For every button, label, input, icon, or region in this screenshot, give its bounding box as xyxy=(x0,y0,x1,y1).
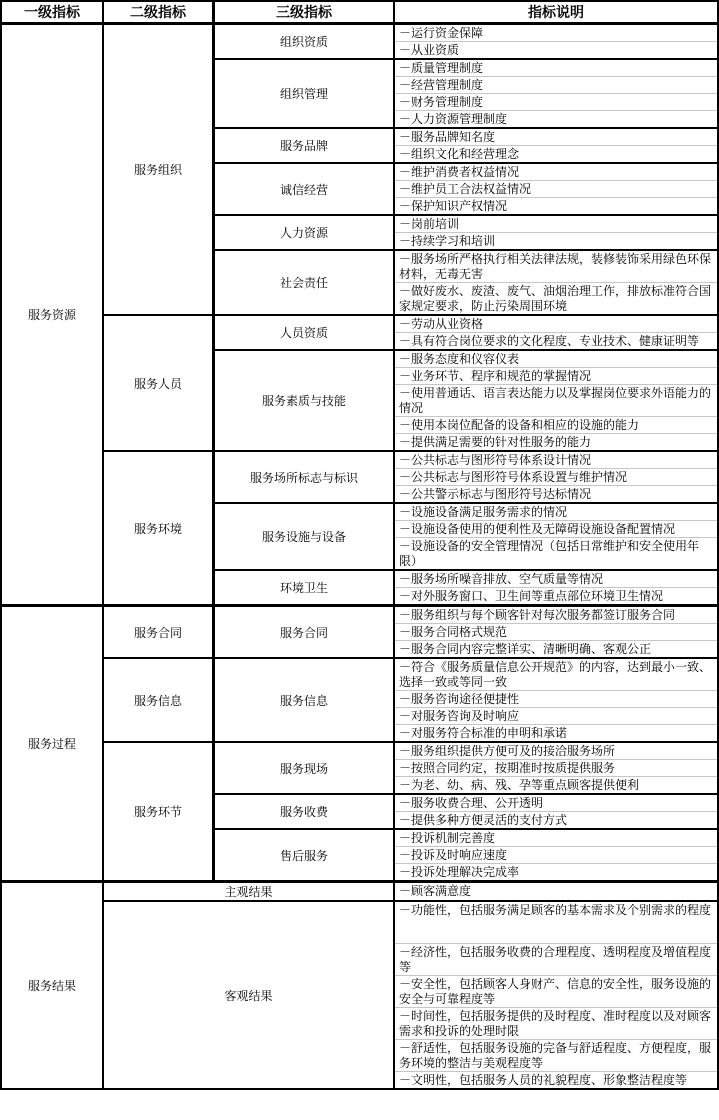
desc-item: －经营管理制度 xyxy=(395,77,717,94)
desc-item: －对服务符合标准的申明和承诺 xyxy=(395,725,717,741)
desc-item: －功能性，包括服务满足顾客的基本需求及个别需求的程度 xyxy=(395,902,717,944)
group-service-information: 服务信息 服务信息 －符合《服务质量信息公开规范》的内容，达到最小一致、选择一致… xyxy=(104,659,717,743)
row-after-sales-service: 售后服务 －投诉机制完善度 －投诉及时响应速度 －投诉处理解决完成率 xyxy=(215,830,717,880)
group-subjective-results: 主观结果 －顾客满意度 xyxy=(104,883,717,902)
desc-item: －设施设备满足服务需求的情况 xyxy=(395,504,717,521)
row-personnel-qualification: 人员资质 －劳动从业资格 －具有符合岗位要求的文化程度、专业技术、健康证明等 xyxy=(215,316,717,351)
desc-item: －服务合同格式规范 xyxy=(395,624,717,641)
level3-cell: 组织管理 xyxy=(215,60,395,127)
level2-cell: 服务信息 xyxy=(104,659,215,741)
desc-item: －服务组织与每个顾客针对每次服务都签订服务合同 xyxy=(395,607,717,624)
row-service-information: 服务信息 －符合《服务质量信息公开规范》的内容，达到最小一致、选择一致或等同一致… xyxy=(215,659,717,741)
level3-cell: 服务场所标志与标识 xyxy=(215,452,395,502)
desc-item: －为老、幼、病、残、孕等重点顾客提供便利 xyxy=(395,777,717,793)
group-service-organization: 服务组织 组织资质 －运行资金保障 －从业资质 组织管理 －质量管理制度 －经 xyxy=(104,25,717,316)
row-environmental-hygiene: 环境卫生 －服务场所噪音排放、空气质量等情况 －对外服务窗口、卫生间等重点部位环… xyxy=(215,571,717,604)
desc-item: －对服务咨询及时响应 xyxy=(395,708,717,725)
desc-item: －公共标志与图形符号体系设置与维护情况 xyxy=(395,469,717,486)
indicator-table: 一级指标 二级指标 三级指标 指标说明 服务资源 服务组织 组织资质 －运行资金… xyxy=(0,0,719,1090)
row-organization-qualification: 组织资质 －运行资金保障 －从业资质 xyxy=(215,25,717,60)
row-facilities-equipment: 服务设施与设备 －设施设备满足服务需求的情况 －设施设备使用的便利性及无障碍设施… xyxy=(215,504,717,571)
desc-item: －使用普通话、语言表达能力以及掌握岗位要求外语能力的情况 xyxy=(395,385,717,417)
level1-cell: 服务结果 xyxy=(2,883,104,1088)
level2-cell: 服务组织 xyxy=(104,25,215,314)
desc-item: －提供多种方便灵活的支付方式 xyxy=(395,812,717,828)
desc-item: －文明性，包括服务人员的礼貌程度、形象整洁程度等 xyxy=(395,1072,717,1088)
level3-cell: 服务收费 xyxy=(215,795,395,828)
desc-item: －投诉处理解决完成率 xyxy=(395,864,717,880)
group-service-personnel: 服务人员 人员资质 －劳动从业资格 －具有符合岗位要求的文化程度、专业技术、健康… xyxy=(104,316,717,452)
desc-item: －经济性，包括服务收费的合理程度、透明程度及增值程度等 xyxy=(395,944,717,976)
level2-cell: 服务合同 xyxy=(104,607,215,657)
level3-cell: 人力资源 xyxy=(215,216,395,249)
desc-item: －服务组织提供方便可及的接洽服务场所 xyxy=(395,743,717,760)
desc-item: －质量管理制度 xyxy=(395,60,717,77)
level2-cell: 服务环境 xyxy=(104,452,215,604)
desc-item: －业务环节、程序和规范的掌握情况 xyxy=(395,368,717,385)
desc-item: －服务态度和仪容仪表 xyxy=(395,351,717,368)
level2-cell: 服务环节 xyxy=(104,743,215,880)
row-service-charges: 服务收费 －服务收费合理、公开透明 －提供多种方便灵活的支付方式 xyxy=(215,795,717,830)
desc-item: －公共标志与图形符号体系设计情况 xyxy=(395,452,717,469)
desc-item: －时间性，包括服务提供的及时程度、准时程度以及对顾客需求和投诉的处理时限 xyxy=(395,1008,717,1040)
desc-item: －维护消费者权益情况 xyxy=(395,164,717,181)
desc-item: －设施设备的安全管理情况（包括日常维护和安全使用年限） xyxy=(395,538,717,569)
level3-cell: 服务合同 xyxy=(215,607,395,657)
desc-item: －保护知识产权情况 xyxy=(395,198,717,214)
group-service-links: 服务环节 服务现场 －服务组织提供方便可及的接洽服务场所 －按照合同约定，按期准… xyxy=(104,743,717,880)
level3-cell: 售后服务 xyxy=(215,830,395,880)
row-service-brand: 服务品牌 －服务品牌知名度 －组织文化和经营理念 xyxy=(215,129,717,164)
desc-item: －运行资金保障 xyxy=(395,25,717,42)
level3-cell: 服务设施与设备 xyxy=(215,504,395,569)
row-integrity-management: 诚信经营 －维护消费者权益情况 －维护员工合法权益情况 －保护知识产权情况 xyxy=(215,164,717,216)
row-service-contract: 服务合同 －服务组织与每个顾客针对每次服务都签订服务合同 －服务合同格式规范 －… xyxy=(215,607,717,657)
level2-cell: 服务人员 xyxy=(104,316,215,450)
desc-item: －按照合同约定，按期准时按质提供服务 xyxy=(395,760,717,777)
row-service-quality-skills: 服务素质与技能 －服务态度和仪容仪表 －业务环节、程序和规范的掌握情况 －使用普… xyxy=(215,351,717,450)
group-service-environment: 服务环境 服务场所标志与标识 －公共标志与图形符号体系设计情况 －公共标志与图形… xyxy=(104,452,717,604)
level3-cell: 服务素质与技能 xyxy=(215,351,395,450)
group-objective-results: 客观结果 －功能性，包括服务满足顾客的基本需求及个别需求的程度 －经济性，包括服… xyxy=(104,902,717,1088)
level3-cell: 社会责任 xyxy=(215,251,395,314)
desc-item: －对外服务窗口、卫生间等重点部位环境卫生情况 xyxy=(395,588,717,604)
desc-item: －服务咨询途径便捷性 xyxy=(395,691,717,708)
level3-cell: 服务品牌 xyxy=(215,129,395,162)
desc-item: －服务收费合理、公开透明 xyxy=(395,795,717,812)
level3-cell: 人员资质 xyxy=(215,316,395,349)
row-site-signs: 服务场所标志与标识 －公共标志与图形符号体系设计情况 －公共标志与图形符号体系设… xyxy=(215,452,717,504)
merged-level23-cell: 主观结果 xyxy=(104,883,395,900)
header-level3: 三级指标 xyxy=(215,2,395,22)
desc-item: －从业资质 xyxy=(395,42,717,58)
desc-item: －设施设备使用的便利性及无障碍设施设备配置情况 xyxy=(395,521,717,538)
section-service-resources: 服务资源 服务组织 组织资质 －运行资金保障 －从业资质 组织管理 xyxy=(2,25,717,607)
header-level2: 二级指标 xyxy=(104,2,215,22)
row-human-resources: 人力资源 －岗前培训 －持续学习和培训 xyxy=(215,216,717,251)
level3-cell: 服务现场 xyxy=(215,743,395,793)
header-row: 一级指标 二级指标 三级指标 指标说明 xyxy=(2,2,717,25)
row-social-responsibility: 社会责任 －服务场所严格执行相关法律法规，装修装饰采用绿色环保材料，无毒无害 －… xyxy=(215,251,717,314)
row-service-site: 服务现场 －服务组织提供方便可及的接洽服务场所 －按照合同约定，按期准时按质提供… xyxy=(215,743,717,795)
desc-item: －组织文化和经营理念 xyxy=(395,146,717,162)
header-description: 指标说明 xyxy=(395,2,717,22)
desc-item: －投诉及时响应速度 xyxy=(395,847,717,864)
level3-cell: 组织资质 xyxy=(215,25,395,58)
desc-item: －维护员工合法权益情况 xyxy=(395,181,717,198)
row-organization-management: 组织管理 －质量管理制度 －经营管理制度 －财务管理制度 －人力资源管理制度 xyxy=(215,60,717,129)
level3-cell: 环境卫生 xyxy=(215,571,395,604)
desc-item: －顾客满意度 xyxy=(395,883,717,899)
desc-item: －舒适性，包括服务设施的完备与舒适程度、方便程度，服务环境的整洁与美观程度等 xyxy=(395,1040,717,1072)
level3-cell: 服务信息 xyxy=(215,659,395,741)
desc-item: －公共警示标志与图形符号达标情况 xyxy=(395,486,717,502)
header-level1: 一级指标 xyxy=(2,2,104,22)
desc-item: －岗前培训 xyxy=(395,216,717,233)
desc-item: －持续学习和培训 xyxy=(395,233,717,249)
merged-level23-cell: 客观结果 xyxy=(104,902,395,1088)
desc-item: －做好废水、废渣、废气、油烟治理工作，排放标准符合国家规定要求，防止污染周围环境 xyxy=(395,283,717,314)
desc-item: －服务合同内容完整详实、清晰明确、客观公正 xyxy=(395,641,717,657)
desc-item: －投诉机制完善度 xyxy=(395,830,717,847)
desc-item: －人力资源管理制度 xyxy=(395,111,717,127)
section-service-results: 服务结果 主观结果 －顾客满意度 客观结果 －功能性，包括服务满足顾客的基本需求… xyxy=(2,883,717,1088)
desc-item: －使用本岗位配备的设备和相应的设施的能力 xyxy=(395,417,717,434)
desc-item: －符合《服务质量信息公开规范》的内容，达到最小一致、选择一致或等同一致 xyxy=(395,659,717,691)
level1-cell: 服务资源 xyxy=(2,25,104,604)
level3-cell: 诚信经营 xyxy=(215,164,395,214)
desc-item: －具有符合岗位要求的文化程度、专业技术、健康证明等 xyxy=(395,333,717,349)
desc-item: －提供满足需要的针对性服务的能力 xyxy=(395,434,717,450)
desc-item: －服务场所噪音排放、空气质量等情况 xyxy=(395,571,717,588)
group-service-contract: 服务合同 服务合同 －服务组织与每个顾客针对每次服务都签订服务合同 －服务合同格… xyxy=(104,607,717,659)
desc-item: －服务场所严格执行相关法律法规，装修装饰采用绿色环保材料，无毒无害 xyxy=(395,251,717,283)
desc-item: －财务管理制度 xyxy=(395,94,717,111)
desc-item: －服务品牌知名度 xyxy=(395,129,717,146)
desc-item: －安全性，包括顾客人身财产、信息的安全性，服务设施的安全与可靠程度等 xyxy=(395,976,717,1008)
desc-item: －劳动从业资格 xyxy=(395,316,717,333)
level1-cell: 服务过程 xyxy=(2,607,104,880)
section-service-process: 服务过程 服务合同 服务合同 －服务组织与每个顾客针对每次服务都签订服务合同 －… xyxy=(2,607,717,883)
